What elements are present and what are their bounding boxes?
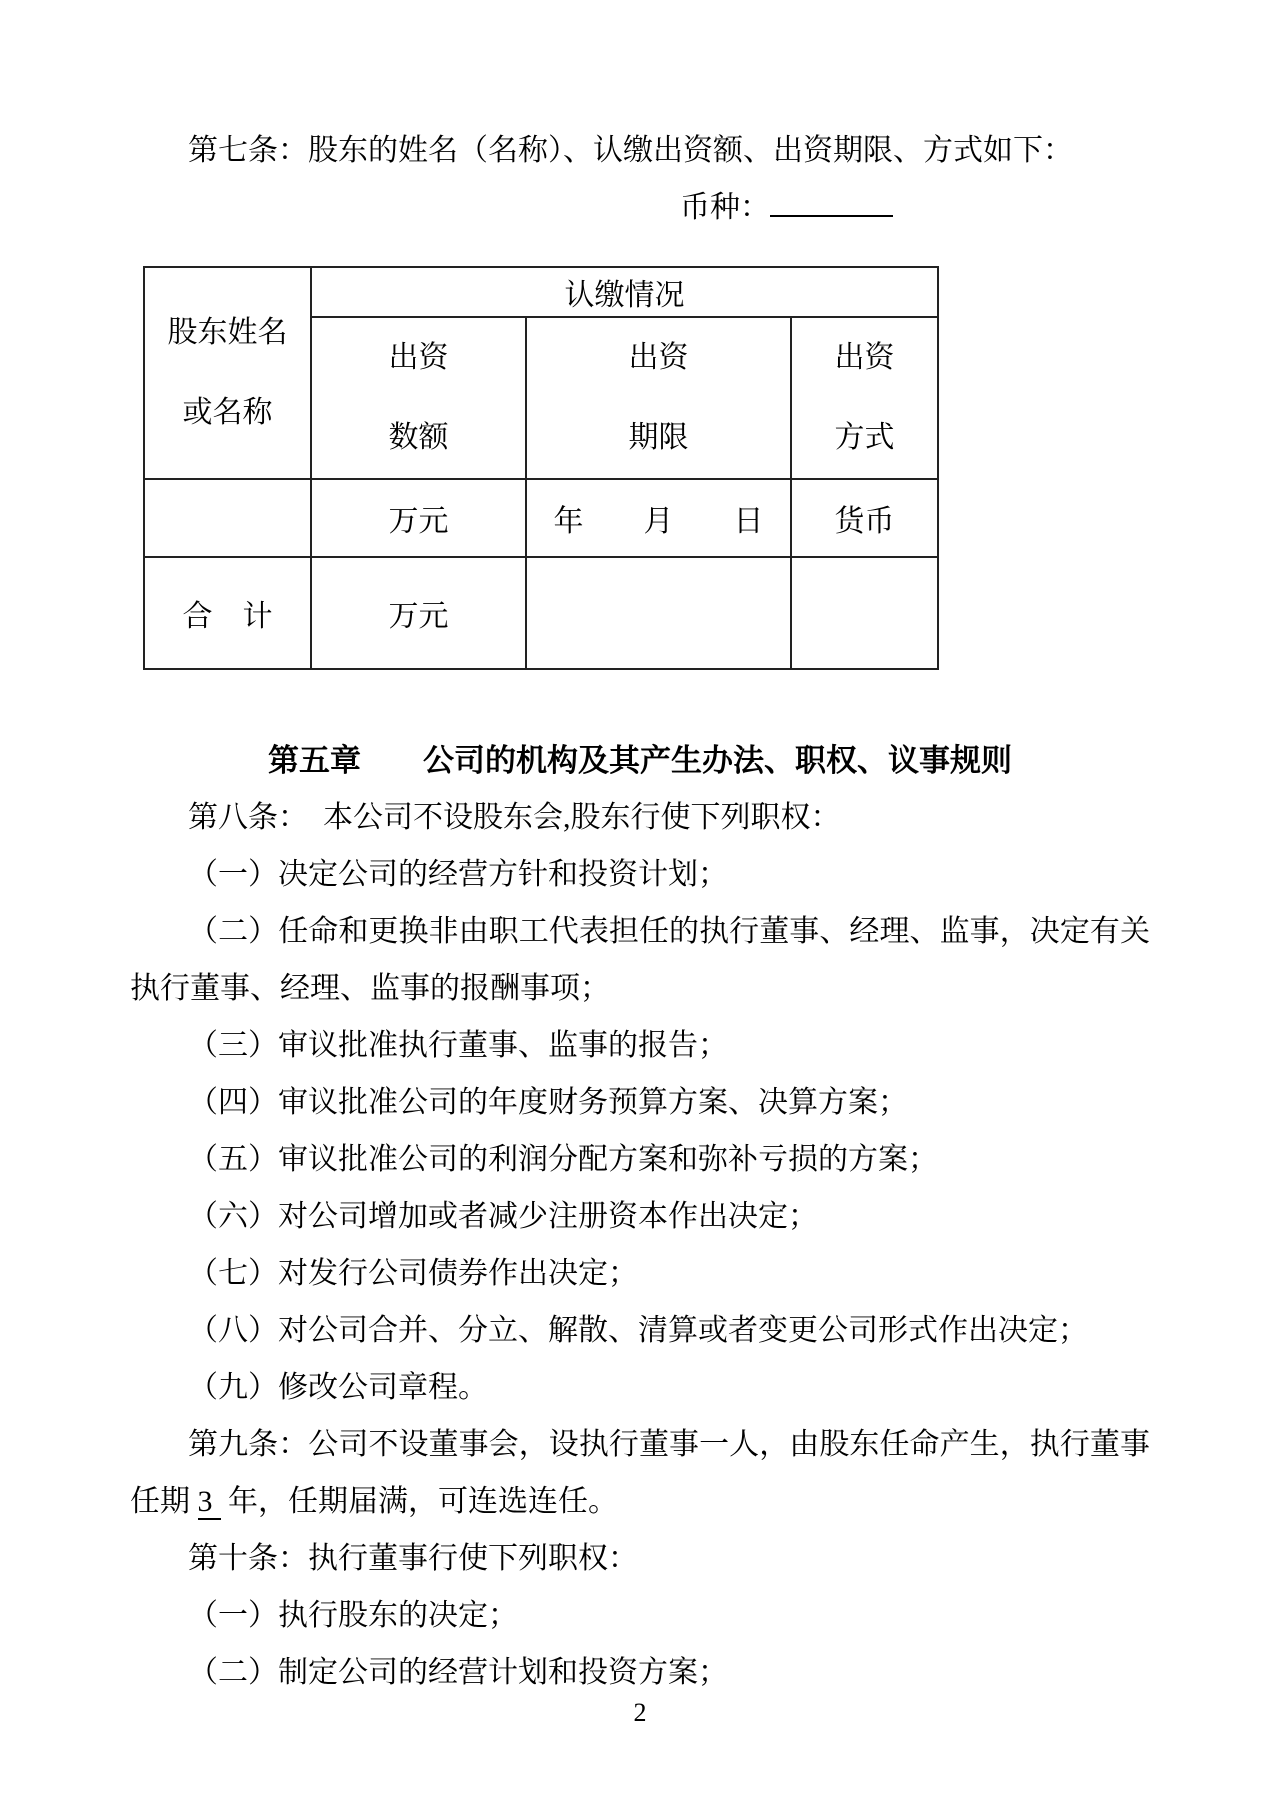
clause-8-item-5: （五）审议批准公司的利润分配方案和弥补亏损的方案； — [130, 1131, 1150, 1188]
clause-10-text: 第十条：执行董事行使下列职权： — [130, 1530, 1150, 1587]
clause-8-item-4: （四）审议批准公司的年度财务预算方案、决算方案； — [130, 1074, 1150, 1131]
method-column-header-cell: 出资 方式 — [791, 317, 938, 479]
total-label-cell: 合 计 — [144, 557, 311, 669]
clause-9-text: 第九条：公司不设董事会，设执行董事一人，由股东任命产生，执行董事任期 3 年，任… — [130, 1416, 1150, 1530]
term-column-header-cell: 出资 期限 — [526, 317, 791, 479]
amount-column-header-cell: 出资 数额 — [311, 317, 526, 479]
clause-8-text: 第八条： 本公司不设股东会,股东行使下列职权： — [130, 789, 1150, 846]
document-content: 第七条：股东的姓名（名称）、认缴出资额、出资期限、方式如下： 币种： 股东姓名 … — [130, 0, 1150, 1701]
currency-line: 币种： — [130, 179, 1150, 236]
clause-8-item-6: （六）对公司增加或者减少注册资本作出决定； — [130, 1188, 1150, 1245]
clause-8-item-9: （九）修改公司章程。 — [130, 1359, 1150, 1416]
page-number: 2 — [0, 1696, 1280, 1730]
clause-10-item-2: （二）制定公司的经营计划和投资方案； — [130, 1644, 1150, 1701]
clause-7-text: 第七条：股东的姓名（名称）、认缴出资额、出资期限、方式如下： — [130, 122, 1150, 179]
clause-10-item-1: （一）执行股东的决定； — [130, 1587, 1150, 1644]
shareholder-name-cell — [144, 479, 311, 557]
total-amount-cell: 万元 — [311, 557, 526, 669]
clause-9-term-years: 3 — [198, 1485, 221, 1520]
method-cell: 货币 — [791, 479, 938, 557]
table-row: 合 计 万元 — [144, 557, 938, 669]
currency-blank-field — [770, 185, 893, 217]
clause-9-post: 年，任期届满，可连选连任。 — [221, 1485, 619, 1518]
table-row: 万元 年 月 日 货币 — [144, 479, 938, 557]
currency-label: 币种： — [680, 191, 770, 224]
table-row: 股东姓名 或名称 认缴情况 — [144, 267, 938, 317]
capital-contribution-table: 股东姓名 或名称 认缴情况 出资 数额 出资 期限 出资 方式 万元 年 月 日… — [143, 266, 939, 670]
clause-8-item-3: （三）审议批准执行董事、监事的报告； — [130, 1017, 1150, 1074]
total-term-cell — [526, 557, 791, 669]
total-method-cell — [791, 557, 938, 669]
clause-8-item-8: （八）对公司合并、分立、解散、清算或者变更公司形式作出决定； — [130, 1302, 1150, 1359]
amount-unit-cell: 万元 — [311, 479, 526, 557]
clause-8-item-7: （七）对发行公司债券作出决定； — [130, 1245, 1150, 1302]
term-date-cell: 年 月 日 — [526, 479, 791, 557]
chapter-5-heading: 第五章 公司的机构及其产生办法、职权、议事规则 — [130, 732, 1150, 789]
document-page: 第七条：股东的姓名（名称）、认缴出资额、出资期限、方式如下： 币种： 股东姓名 … — [0, 0, 1280, 1810]
shareholder-name-header-cell: 股东姓名 或名称 — [144, 267, 311, 479]
subscription-status-header-cell: 认缴情况 — [311, 267, 938, 317]
clause-8-item-1: （一）决定公司的经营方针和投资计划； — [130, 846, 1150, 903]
clause-8-item-2: （二）任命和更换非由职工代表担任的执行董事、经理、监事，决定有关执行董事、经理、… — [130, 903, 1150, 1017]
